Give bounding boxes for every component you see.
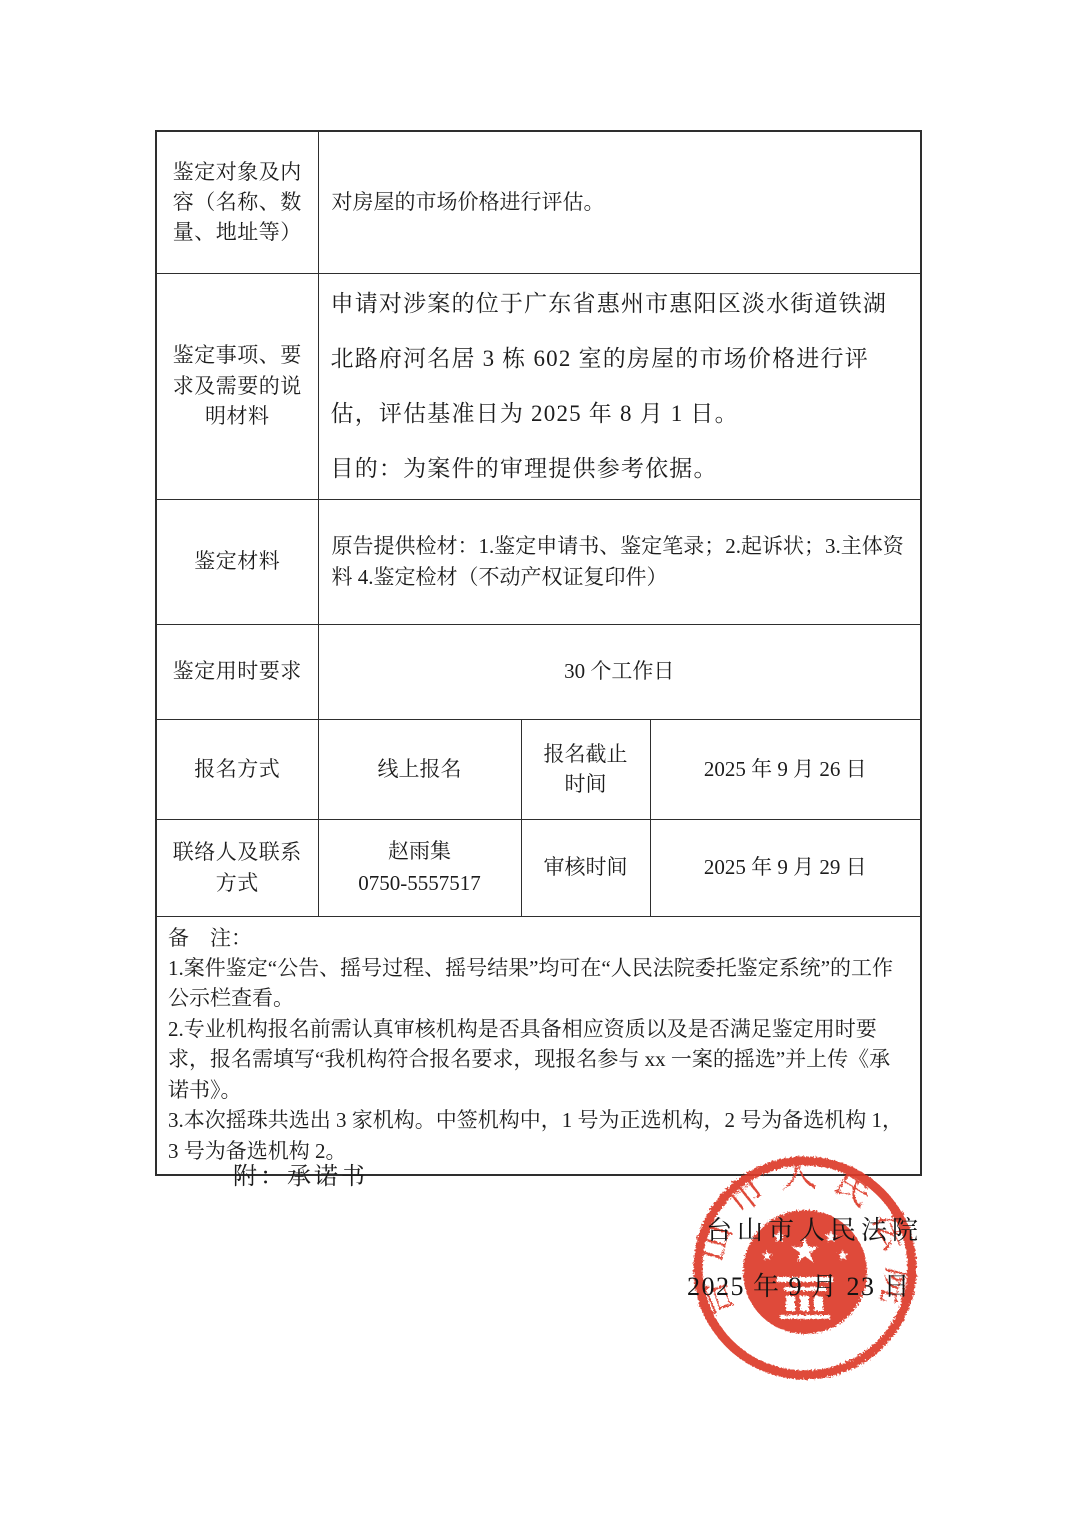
- row-appraisal-object: 鉴定对象及内容（名称、数量、地址等） 对房屋的市场价格进行评估。: [156, 131, 921, 273]
- appraisal-object-value: 对房屋的市场价格进行评估。: [318, 131, 921, 273]
- signup-deadline-label-text: 报名截止时间: [540, 739, 632, 800]
- row-appraisal-matters: 鉴定事项、要求及需要的说明材料 申请对涉案的位于广东省惠州市惠阳区淡水街道铁湖北…: [156, 273, 921, 499]
- appraisal-matters-main-text: 申请对涉案的位于广东省惠州市惠阳区淡水街道铁湖北路府河名居 3 栋 602 室的…: [331, 276, 909, 441]
- emblem-small-star-icon: ★: [837, 1249, 850, 1264]
- signup-deadline-value: 2025 年 9 月 26 日: [650, 719, 921, 819]
- contact-value: 赵雨集 0750-5557517: [318, 819, 521, 916]
- notes-title: 备 注：: [168, 923, 909, 953]
- appraisal-form-table: 鉴定对象及内容（名称、数量、地址等） 对房屋的市场价格进行评估。 鉴定事项、要求…: [155, 130, 922, 1176]
- notes-cell: 备 注： 1.案件鉴定“公告、摇号过程、摇号结果”均可在“人民法院委托鉴定系统”…: [156, 916, 921, 1175]
- row-appraisal-materials: 鉴定材料 原告提供检材：1.鉴定申请书、鉴定笔录；2.起诉状；3.主体资料 4.…: [156, 499, 921, 624]
- notes-item-2: 2.专业机构报名前需认真审核机构是否具备相应资质以及是否满足鉴定用时要求，报名需…: [168, 1014, 909, 1105]
- review-time-label: 审核时间: [521, 819, 650, 916]
- contact-person-name: 赵雨集: [329, 836, 511, 868]
- issue-date: 2025 年 9 月 23 日: [687, 1266, 911, 1303]
- attachment-note: 附：承诺书: [233, 1156, 368, 1191]
- contact-phone-number: 0750-5557517: [329, 868, 511, 900]
- appraisal-duration-label: 鉴定用时要求: [156, 624, 318, 719]
- signup-deadline-label: 报名截止时间: [521, 719, 650, 819]
- signup-method-label: 报名方式: [156, 719, 318, 819]
- appraisal-materials-label: 鉴定材料: [156, 499, 318, 624]
- appraisal-object-label: 鉴定对象及内容（名称、数量、地址等）: [156, 131, 318, 273]
- row-signup: 报名方式 线上报名 报名截止时间 2025 年 9 月 26 日: [156, 719, 921, 819]
- contact-label: 联络人及联系方式: [156, 819, 318, 916]
- row-notes: 备 注： 1.案件鉴定“公告、摇号过程、摇号结果”均可在“人民法院委托鉴定系统”…: [156, 916, 921, 1175]
- row-appraisal-duration: 鉴定用时要求 30 个工作日: [156, 624, 921, 719]
- appraisal-matters-value: 申请对涉案的位于广东省惠州市惠阳区淡水街道铁湖北路府河名居 3 栋 602 室的…: [318, 273, 921, 499]
- appraisal-materials-value: 原告提供检材：1.鉴定申请书、鉴定笔录；2.起诉状；3.主体资料 4.鉴定检材（…: [318, 499, 921, 624]
- issuing-court-name: 台山市人民法院: [706, 1210, 923, 1247]
- appraisal-matters-label: 鉴定事项、要求及需要的说明材料: [156, 273, 318, 499]
- notes-item-1: 1.案件鉴定“公告、摇号过程、摇号结果”均可在“人民法院委托鉴定系统”的工作公示…: [168, 953, 909, 1014]
- review-time-value: 2025 年 9 月 29 日: [650, 819, 921, 916]
- emblem-small-star-icon: ★: [761, 1249, 774, 1264]
- appraisal-duration-value: 30 个工作日: [318, 624, 921, 719]
- row-contact: 联络人及联系方式 赵雨集 0750-5557517 审核时间 2025 年 9 …: [156, 819, 921, 916]
- document-page: 鉴定对象及内容（名称、数量、地址等） 对房屋的市场价格进行评估。 鉴定事项、要求…: [0, 0, 1074, 1520]
- signup-method-value: 线上报名: [318, 719, 521, 819]
- appraisal-matters-purpose-text: 目的：为案件的审理提供参考依据。: [331, 441, 909, 496]
